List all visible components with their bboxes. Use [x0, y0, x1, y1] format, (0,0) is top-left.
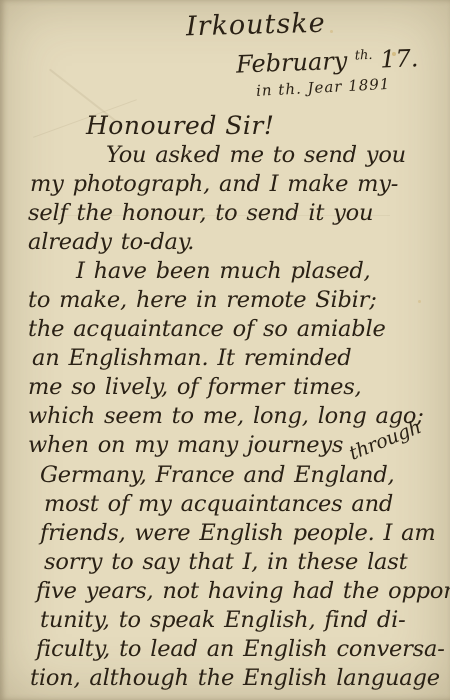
- letter-line: friends, were English people. I am: [40, 519, 442, 548]
- letter-line: already to-day.: [28, 228, 442, 257]
- letter-line: the acquaintance of so amiable: [28, 315, 442, 344]
- letter-line: You asked me to send you: [106, 141, 442, 170]
- letter-text: You asked me to send you my photograph, …: [28, 141, 442, 693]
- letter-line: an Englishman. It reminded: [32, 344, 442, 373]
- letter-line: sorry to say that I, in these last: [44, 548, 442, 577]
- letter-heading: Irkoutske February th. 17. in th. Jear 1…: [28, 6, 442, 97]
- salutation: Honoured Sir!: [86, 110, 442, 141]
- letter-body: Irkoutske February th. 17. in th. Jear 1…: [28, 6, 442, 693]
- letter-line: to make, here in remote Sibir;: [28, 286, 442, 315]
- letter-line: tion, although the English language: [30, 664, 442, 693]
- letter-page: Irkoutske February th. 17. in th. Jear 1…: [0, 0, 450, 700]
- date-month: February: [236, 47, 348, 79]
- letter-line: ficulty, to lead an English conversa-: [36, 635, 442, 664]
- letter-line: I have been much plased,: [76, 257, 442, 286]
- letter-line-text: when on my many journeys: [28, 432, 343, 458]
- letter-line: when on my many journeys through: [28, 431, 442, 461]
- letter-line: me so lively, of former times,: [28, 373, 442, 402]
- letter-line: five years, not having had the oppor-: [36, 577, 442, 606]
- letter-line: tunity, to speak English, find di-: [40, 606, 442, 635]
- date-ordinal-sup: th.: [354, 48, 372, 64]
- date-day: 17.: [380, 44, 419, 73]
- letter-line: most of my acquaintances and: [44, 490, 442, 519]
- letter-line: Germany, France and England,: [40, 461, 442, 490]
- letter-line: self the honour, to send it you: [28, 199, 442, 228]
- letter-line: my photograph, and I make my-: [30, 170, 442, 199]
